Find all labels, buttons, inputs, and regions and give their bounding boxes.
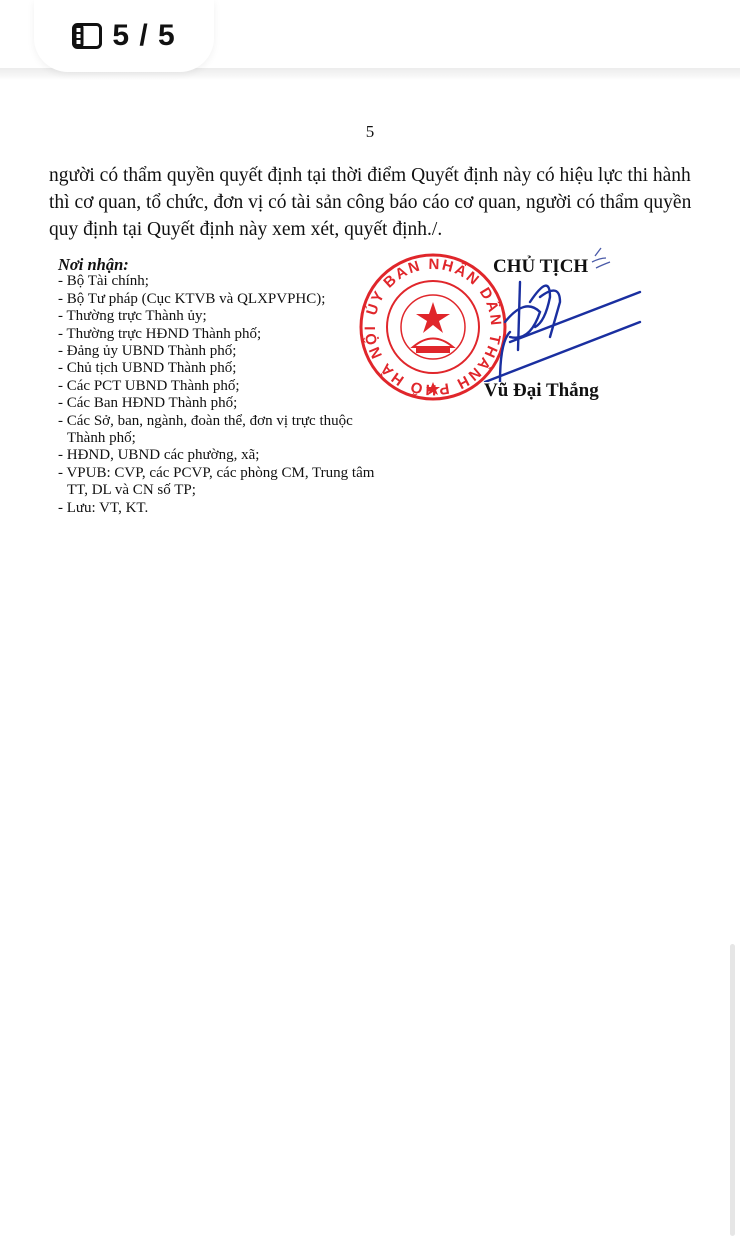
- recipient-item: - Lưu: VT, KT.: [58, 500, 378, 517]
- recipient-item: - Chủ tịch UBND Thành phố;: [58, 360, 378, 377]
- page-indicator-button[interactable]: 5 / 5: [34, 0, 214, 72]
- document-page: 5 người có thẩm quyền quyết định tại thờ…: [0, 82, 740, 1236]
- recipient-item: - Bộ Tài chính;: [58, 273, 378, 290]
- recipient-item: - Đảng ủy UBND Thành phố;: [58, 343, 378, 360]
- recipient-item: - VPUB: CVP, các PCVP, các phòng CM, Tru…: [58, 465, 378, 500]
- recipient-item: - Các Sở, ban, ngành, đoàn thể, đơn vị t…: [58, 413, 378, 448]
- recipient-item: - Thường trực HĐND Thành phố;: [58, 326, 378, 343]
- recipients-title: Nơi nhận:: [58, 256, 378, 273]
- page-indicator-text: 5 / 5: [112, 19, 175, 53]
- recipient-item: - Các Ban HĐND Thành phố;: [58, 395, 378, 412]
- recipient-item: - HĐND, UBND các phường, xã;: [58, 447, 378, 464]
- body-paragraph: người có thẩm quyền quyết định tại thời …: [49, 162, 699, 243]
- recipients-list: Nơi nhận: - Bộ Tài chính; - Bộ Tư pháp (…: [58, 256, 378, 517]
- thumbnails-sidebar-icon: [72, 23, 102, 49]
- recipient-item: - Các PCT UBND Thành phố;: [58, 378, 378, 395]
- signer-name: Vũ Đại Thắng: [484, 380, 599, 402]
- recipient-item: - Bộ Tư pháp (Cục KTVB và QLXPVPHC);: [58, 291, 378, 308]
- recipient-item: - Thường trực Thành ủy;: [58, 308, 378, 325]
- vertical-scrollbar[interactable]: [730, 944, 735, 1236]
- page-number: 5: [0, 122, 740, 142]
- handwritten-signature: [400, 242, 650, 382]
